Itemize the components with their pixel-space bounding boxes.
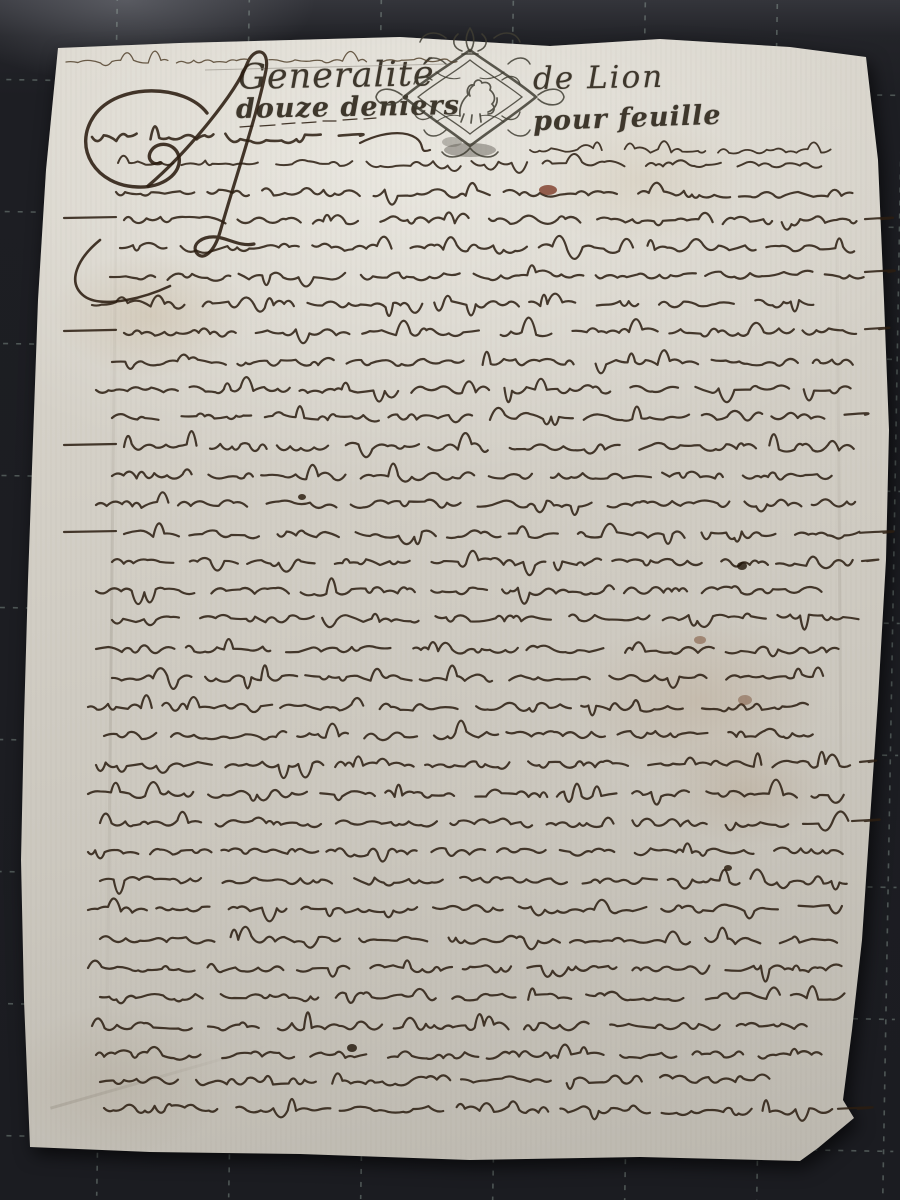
tax-stamp-icon [376, 28, 564, 157]
handwritten-text-lines [64, 51, 895, 1121]
photo-of-manuscript: Generalité douze deniers de Lion pour fe… [0, 0, 900, 1200]
ink-overlay [0, 0, 900, 1200]
scratch-hairline [205, 64, 448, 70]
calligraphic-initial-flourish [75, 52, 430, 302]
